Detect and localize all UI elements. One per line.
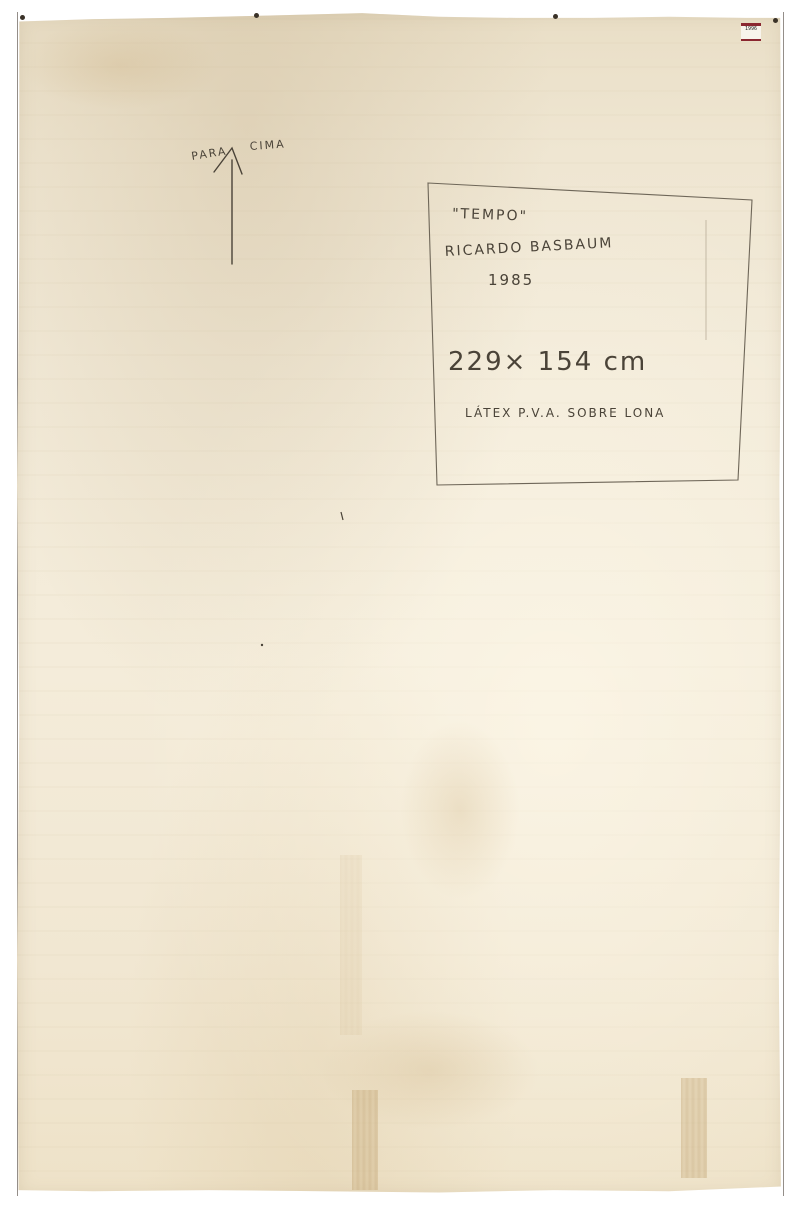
dimensions-text: 229 x 154 cm <box>0 0 1 1</box>
year-text: 1985 <box>0 0 1 1</box>
grommet-icon <box>773 18 778 23</box>
stain <box>20 20 220 110</box>
tape-stain-right <box>681 1078 707 1178</box>
inventory-code: 1996 <box>745 26 757 32</box>
orientation-note-text: PARA CIMA <box>0 0 1 1</box>
stain <box>400 720 520 900</box>
faint-stain <box>340 855 362 1035</box>
grommet-icon <box>20 15 25 20</box>
right-edge <box>783 12 784 1196</box>
title-text: "TEMPO" <box>0 0 1 1</box>
inventory-label: 1996 <box>741 23 761 41</box>
tape-stain-left <box>352 1090 378 1190</box>
artist-text: RICARDO BASBAUM <box>0 0 1 1</box>
grommet-icon <box>254 13 259 18</box>
medium-text: LÁTEX P.V.A. SOBRE LONA <box>0 0 1 1</box>
grommet-icon <box>553 14 558 19</box>
